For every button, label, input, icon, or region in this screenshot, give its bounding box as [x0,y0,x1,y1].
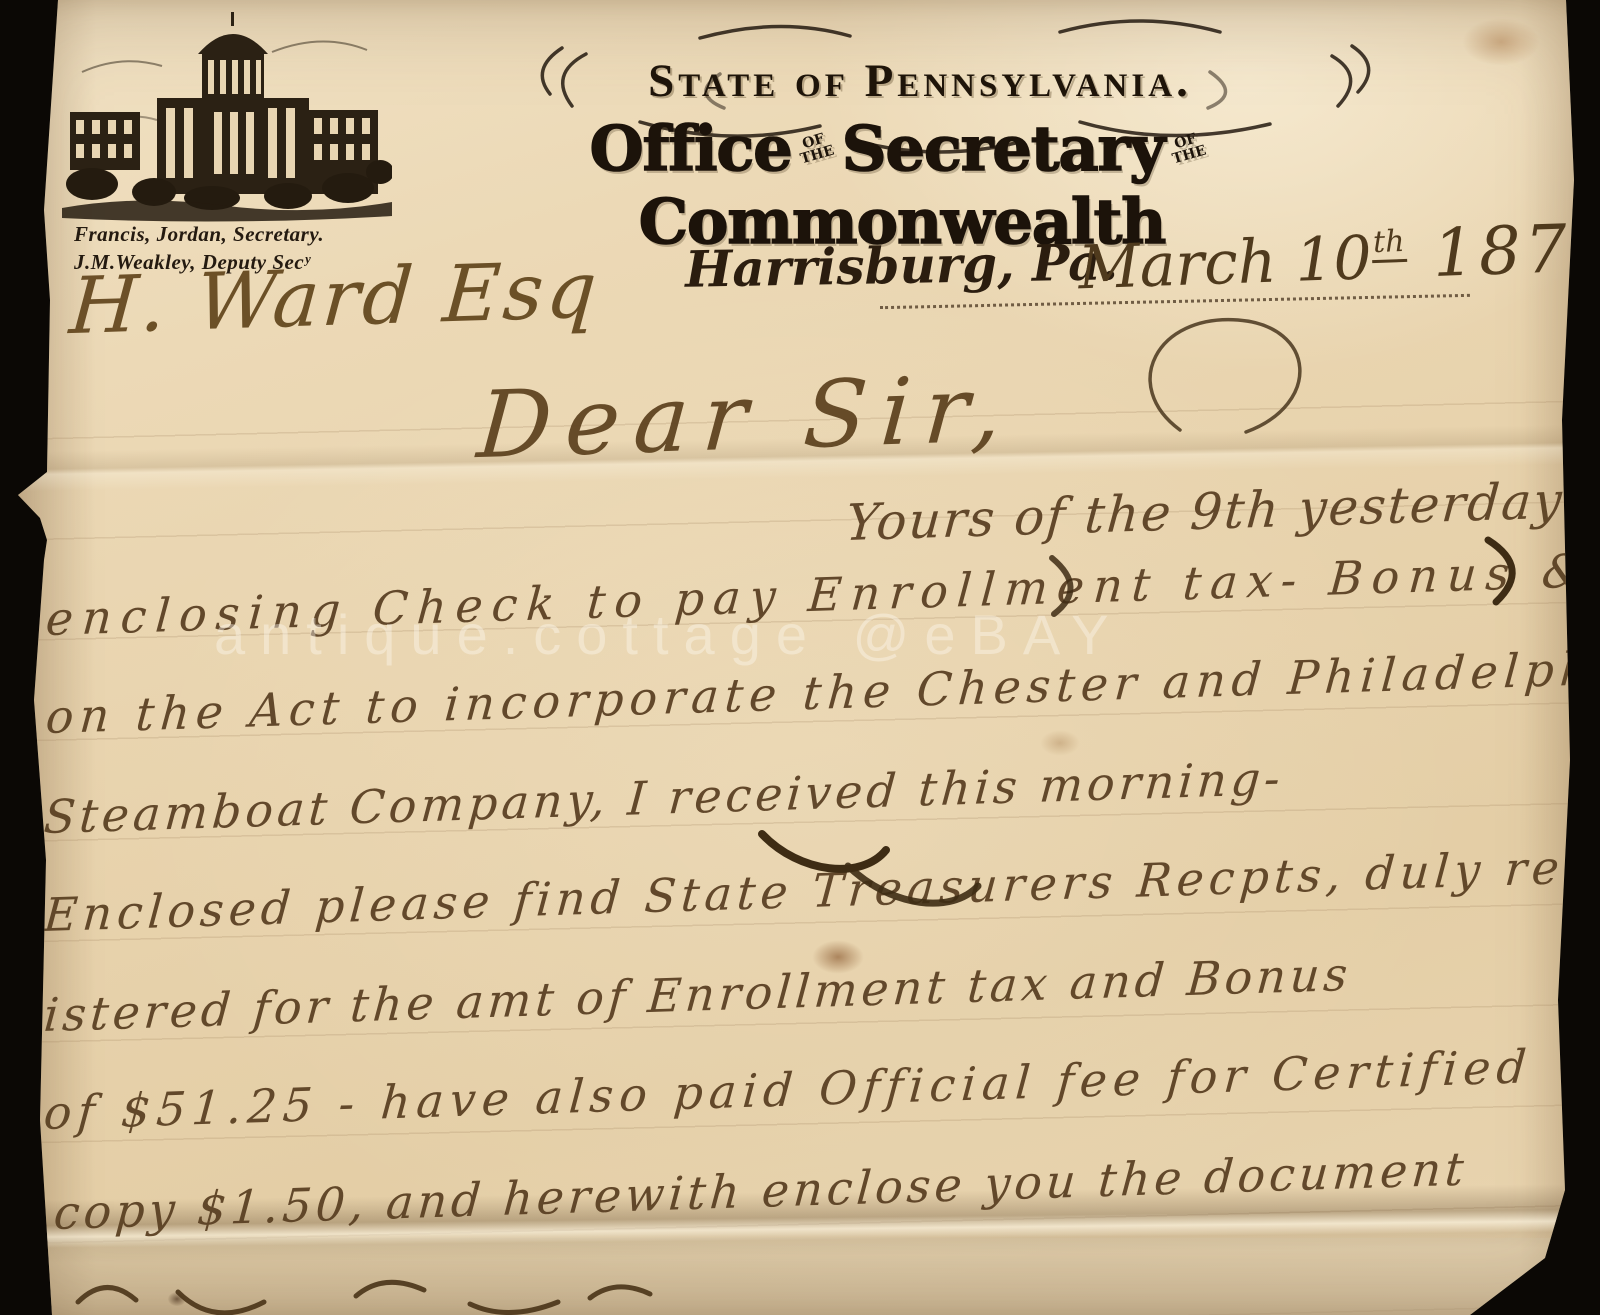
photo-stage: State of Pennsylvania. OfficeOF THESecre… [0,0,1600,1315]
speck-stain [1548,1252,1564,1264]
ebay-watermark: antique.cottage @eBAY [214,602,1123,667]
cut-off-handwriting [78,1282,650,1313]
letter-paper: State of Pennsylvania. OfficeOF THESecre… [0,0,1600,1315]
